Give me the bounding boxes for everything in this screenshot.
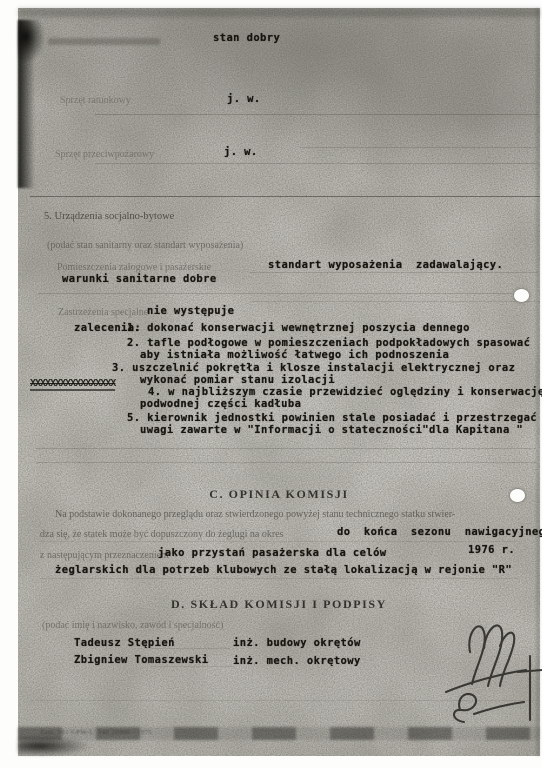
committee-member-title: inż. mech. okrętowy [233, 655, 361, 667]
section-divider-line [30, 196, 540, 197]
print-label-crew-passenger-rooms: Pomieszczenia załogowe i pasażerskie [57, 262, 211, 273]
print-label-fire-equipment: Sprzęt przeciwpożarowy [55, 149, 154, 160]
typed-equipment-standard: standart wyposażenia zadawalający. [268, 259, 503, 271]
typed-strikeout-text: XXXXXXXXXXXXXXXXX [30, 378, 115, 391]
recommendation-line: 1. dokonać konserwacji wewnętrznej poszy… [127, 322, 470, 334]
typed-purpose-line-2: żeglarskich dla potrzeb klubowych ze sta… [55, 564, 512, 576]
committee-member-title: inż. budowy okrętów [233, 637, 361, 649]
form-rule-line [250, 301, 540, 302]
form-rule-line [95, 163, 538, 164]
scanned-document-page: stan dobry Sprzęt ratunkowy j. w. Sprzęt… [0, 0, 542, 768]
section-heading-opinion: C. OPINIA KOMISJI [18, 487, 540, 502]
recommendation-line: 4. w najbliższym czasie przewidzieć oglę… [148, 386, 542, 398]
typed-ditto-2: j. w. [224, 146, 258, 158]
typed-ditto-1: j. w. [227, 93, 261, 105]
form-rule-line [150, 648, 230, 649]
typed-sanitary-conditions: warunki sanitarne dobre [62, 273, 217, 285]
recommendation-line: podwodnej części kadłuba [140, 398, 301, 410]
recommendation-line: 5. kierownik jednostki powinien stale po… [127, 412, 537, 424]
typed-navigation-period: do końca sezonu nawigacyjnego [337, 526, 542, 538]
form-rule-line [250, 272, 538, 273]
illegible-print-label [48, 38, 160, 45]
form-rule-line [95, 114, 538, 115]
printer-imprint: Zam. 381 GPW-L. 340 20000 - 1975 [40, 729, 152, 736]
recommendation-line: aby istniała możliwość łatwego ich podno… [140, 349, 449, 361]
form-rule-line [40, 578, 518, 579]
typed-no-reservations: nie występuje [147, 305, 234, 317]
section-hint-social: (podać stan sanitarny oraz standart wypo… [47, 240, 243, 251]
section-heading-social: 5. Urządzenia socjalno-bytowe [44, 211, 174, 222]
typed-status-value: stan dobry [213, 32, 280, 44]
opinion-print-line-1: Na podstawie dokonanego przeglądu oraz s… [55, 509, 455, 520]
handwritten-signature [430, 606, 542, 734]
opinion-print-line-2: dza się, że statek może być dopuszczony … [40, 529, 284, 540]
print-label-special-reservations: Zastrzeżenia specjalne [58, 307, 148, 318]
committee-member-name: Zbigniew Tomaszewski [74, 654, 208, 666]
recommendation-line: wykonać pomiar stanu izolacji [140, 374, 335, 386]
form-rule-line [36, 462, 536, 463]
punch-hole [510, 489, 525, 502]
form-rule-line [36, 448, 536, 449]
typed-year: 1976 r. [468, 544, 515, 556]
punch-hole [514, 289, 529, 302]
document-content: stan dobry Sprzęt ratunkowy j. w. Sprzęt… [0, 0, 542, 768]
opinion-print-line-3: z następującym przeznaczeniem [40, 550, 169, 561]
recommendation-line: 3. uszczelnić pokrętła i klosze instalac… [112, 362, 515, 374]
print-label-rescue-equipment: Sprzęt ratunkowy [60, 95, 131, 106]
committee-hint: (podać imię i nazwisko, zawód i specjaln… [42, 620, 223, 631]
form-rule-line [40, 541, 520, 542]
recommendation-line: 2. tafle podłogowe w pomieszczeniach pod… [127, 337, 530, 349]
form-rule-line [38, 293, 512, 294]
recommendation-line: uwagi zawarte w "Informacji o statecznoś… [140, 424, 523, 436]
form-rule-line [150, 666, 234, 667]
form-rule-line [300, 147, 538, 148]
typed-purpose-line-1: jako przystań pasażerska dla celów [158, 547, 387, 559]
